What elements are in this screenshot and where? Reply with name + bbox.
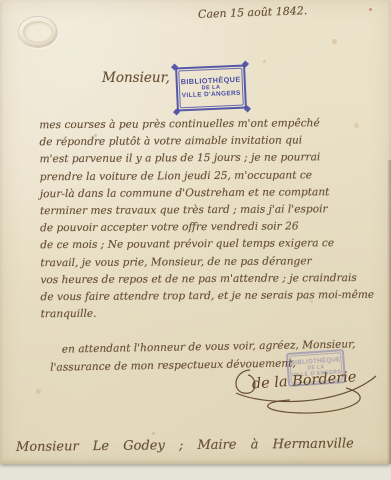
signature-name: de la Borderie (251, 369, 357, 392)
letter-body: mes courses à peu près continuelles m'on… (39, 115, 388, 324)
salutation: Monsieur, (102, 70, 170, 86)
library-stamp-inner: BIBLIOTHÈQUE DE LA VILLE D'ANGERS (178, 68, 244, 109)
foxing-spots (0, 0, 3, 3)
embossed-seal-icon (18, 16, 58, 48)
signature-flourish-icon: de la Borderie (228, 362, 386, 420)
signature: de la Borderie (228, 362, 386, 420)
letter-paper: Caen 15 août 1842. Monsieur, BIBLIOTHÈQU… (0, 0, 391, 464)
stamp-line-3: VILLE D'ANGERS (182, 91, 241, 100)
embossed-seal-inner (23, 21, 53, 43)
stamp-corner-icon (244, 105, 251, 112)
scan-edge-shadow (387, 160, 391, 464)
scanned-letter: Caen 15 août 1842. Monsieur, BIBLIOTHÈQU… (0, 0, 391, 480)
address-line: Monsieur Le Godey ; Maire à Hermanville (16, 436, 382, 455)
letter-body-line: tranquille. (41, 304, 389, 324)
library-stamp: BIBLIOTHÈQUE DE LA VILLE D'ANGERS (175, 64, 247, 111)
dateline: Caen 15 août 1842. (198, 4, 308, 21)
letter-body-line: de vous faire attendre trop tard, et je … (40, 287, 388, 307)
